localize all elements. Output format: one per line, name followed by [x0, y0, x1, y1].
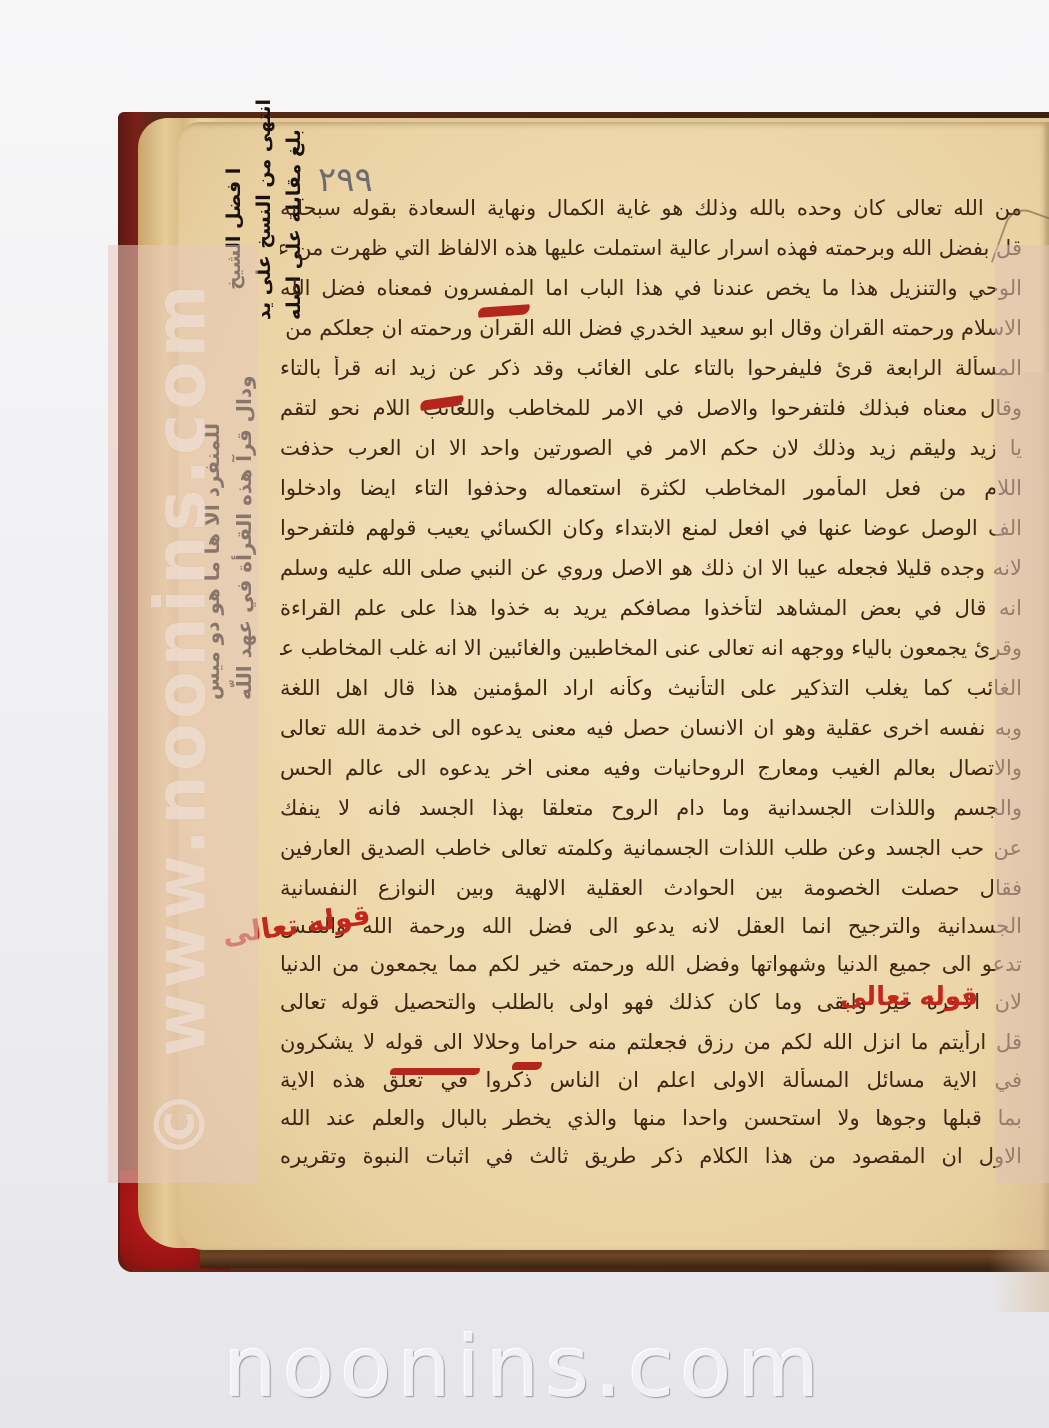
main-text-block: من الله تعالى كان وحده بالله وذلك هو غاي…: [280, 196, 1022, 1156]
text-line: والجسم واللذات الجسدانية وما دام الروح م…: [280, 796, 1022, 836]
text-line: عن حب الجسد وعن طلب اللذات الجسمانية وكل…: [280, 836, 1022, 876]
text-line: قل بفضل الله وبرحمته فهذه اسرار عالية اس…: [280, 236, 1022, 276]
text-line: الف الوصل عوضا عنها في افعل لمنع الابتدا…: [280, 516, 1022, 556]
text-line: اللام من فعل المأمور المخاطب لكثرة استعم…: [280, 476, 1022, 516]
text-line: بما قبلها وجوها ولا استحسن واحدا منها وا…: [280, 1106, 1022, 1146]
watermark-bottom: noonins.com: [0, 1318, 1049, 1416]
text-line: وقال معناه فبذلك فلتفرحوا والاصل في الام…: [280, 396, 1022, 436]
text-line: الاسلام ورحمته القران وقال ابو سعيد الخد…: [280, 316, 1022, 356]
text-line: الوحي والتنزيل هذا ما يخص عندنا في هذا ا…: [280, 276, 1022, 316]
watermark-vertical-text: © www.noonins.com: [139, 281, 221, 1160]
text-line: والاتصال بعالم الغيب ومعارج الروحانيات و…: [280, 756, 1022, 796]
inline-rubric-heading: قوله تعالى: [840, 982, 978, 1012]
text-line: وقرئ يجمعون بالياء ووجهه انه تعالى عنى ا…: [280, 636, 1022, 676]
watermark-vertical: © www.noonins.com: [135, 260, 225, 1180]
text-line: لانه وجده قليلا فجعله عيبا الا ان ذلك هو…: [280, 556, 1022, 596]
text-line: انه قال في بعض المشاهد لتأخذوا مصافكم ير…: [280, 596, 1022, 636]
text-line: الغائب كما يغلب التذكير على التأنيث وكأن…: [280, 676, 1022, 716]
rubric-stroke: [512, 1062, 542, 1070]
text-line: فقال حصلت الخصومة بين الحوادث العقلية ال…: [280, 876, 1022, 916]
text-line: الاول ان المقصود من هذا الكلام ذكر طريق …: [280, 1144, 1022, 1184]
watermark-band-right: [995, 245, 1049, 1183]
rubric-stroke: [390, 1068, 480, 1075]
text-line: الجسدانية والترجيح انما العقل لانه يدعو …: [280, 914, 1022, 954]
folio-number: ٢٩٩: [318, 160, 373, 200]
text-line: قل ارأيتم ما انزل الله لكم من رزق فجعلتم…: [280, 1030, 1022, 1070]
text-line: يا زيد وليقم زيد وذلك لان حكم الامر في ا…: [280, 436, 1022, 476]
text-line: وبه نفسه اخرى عقلية وهو ان الانسان حصل ف…: [280, 716, 1022, 756]
text-line: من الله تعالى كان وحده بالله وذلك هو غاي…: [280, 196, 1022, 236]
text-line: المسألة الرابعة قرئ فليفرحوا بالتاء على …: [280, 356, 1022, 396]
